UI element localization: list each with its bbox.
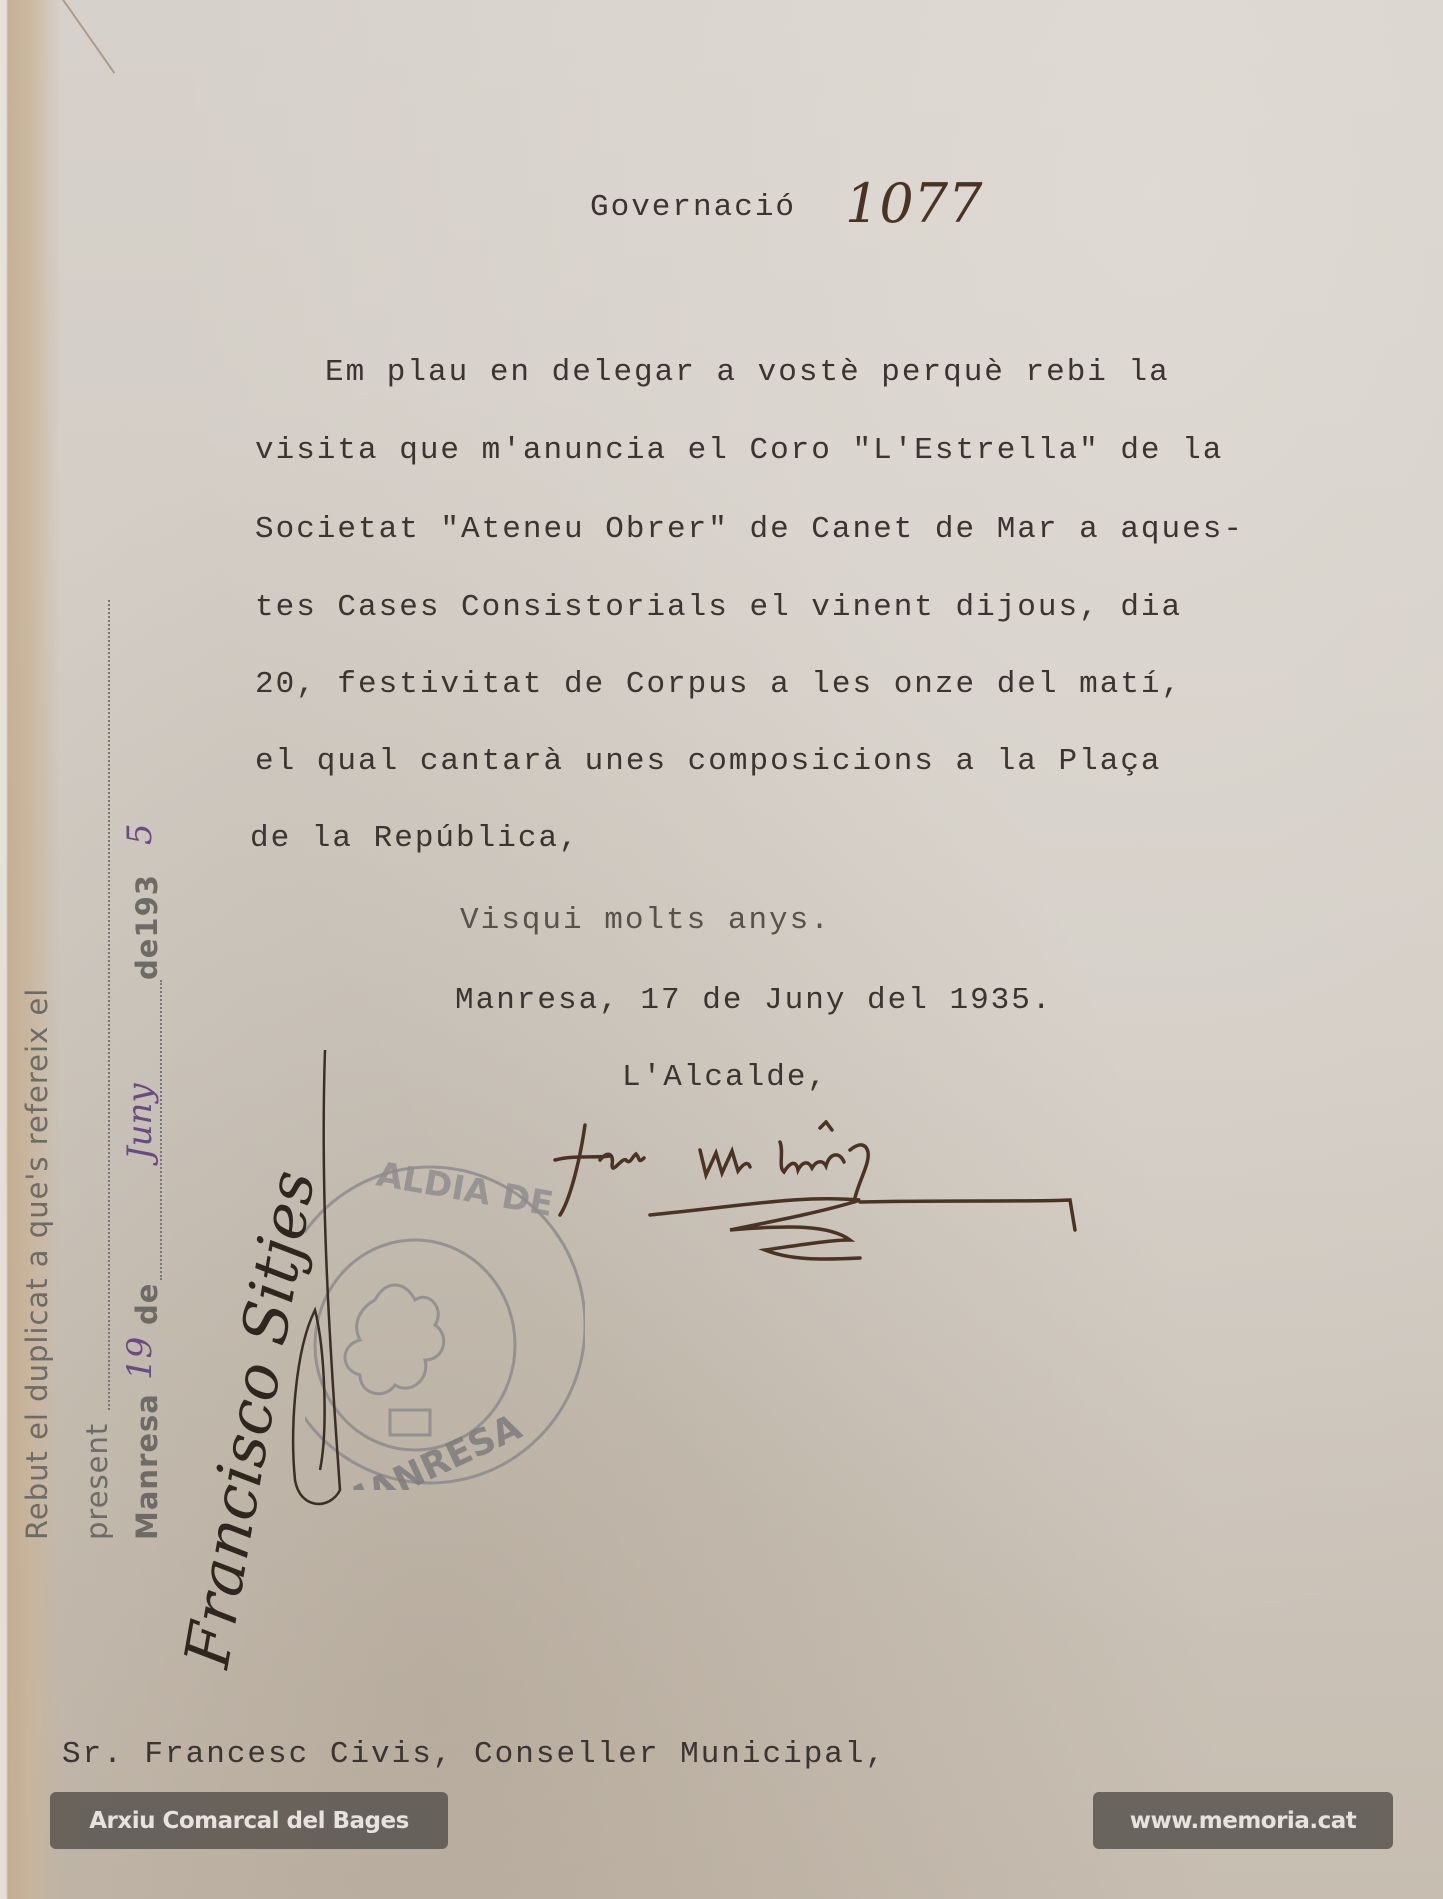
registry-number: 1077 xyxy=(845,172,982,235)
body-line-7: de la República, xyxy=(250,821,580,856)
website-watermark[interactable]: www.memoria.cat xyxy=(1093,1792,1393,1849)
archive-watermark: Arxiu Comarcal del Bages xyxy=(50,1792,448,1849)
receipt-year-prefix: de193 xyxy=(130,874,164,980)
receipt-month: Juny xyxy=(120,1083,160,1160)
body-line-1: Em plau en delegar a vostè perquè rebi l… xyxy=(325,355,1170,390)
receiver-signature-flourish xyxy=(270,1050,350,1530)
receipt-de: de xyxy=(130,1283,164,1325)
svg-text:ALDIA DE: ALDIA DE xyxy=(373,1154,556,1224)
addressee: Sr. Francesc Civis, Conseller Municipal, xyxy=(62,1737,886,1772)
signer-title: L'Alcalde, xyxy=(622,1060,828,1095)
body-line-6: el qual cantarà unes composicions a la P… xyxy=(255,744,1162,779)
mayor-signature xyxy=(550,1120,1090,1280)
receipt-line-2: present xyxy=(80,1423,114,1540)
body-line-3: Societat "Ateneu Obrer" de Canet de Mar … xyxy=(255,512,1244,547)
receipt-line-3-prefix: Manresa xyxy=(130,1393,164,1540)
body-line-4: tes Cases Consistorials el vinent dijous… xyxy=(255,590,1182,625)
receipt-year-suffix: 5 xyxy=(120,823,160,845)
closing-salutation: Visqui molts anys. xyxy=(460,903,831,938)
receipt-day: 19 xyxy=(120,1337,160,1380)
receipt-dotted-line-1 xyxy=(108,600,110,1410)
body-line-5: 20, festivitat de Corpus a les onze del … xyxy=(255,667,1182,702)
body-line-2: visita que m'anuncia el Coro "L'Estrella… xyxy=(255,433,1223,468)
receipt-line-1: Rebut el duplicat a que's refereix el xyxy=(20,988,54,1540)
receipt-margin-stamp: Rebut el duplicat a que's refereix el pr… xyxy=(20,640,220,1540)
department-header: Governació xyxy=(590,190,796,225)
dateline: Manresa, 17 de Juny del 1935. xyxy=(455,983,1053,1018)
receipt-dotted-line-2 xyxy=(160,980,162,1280)
